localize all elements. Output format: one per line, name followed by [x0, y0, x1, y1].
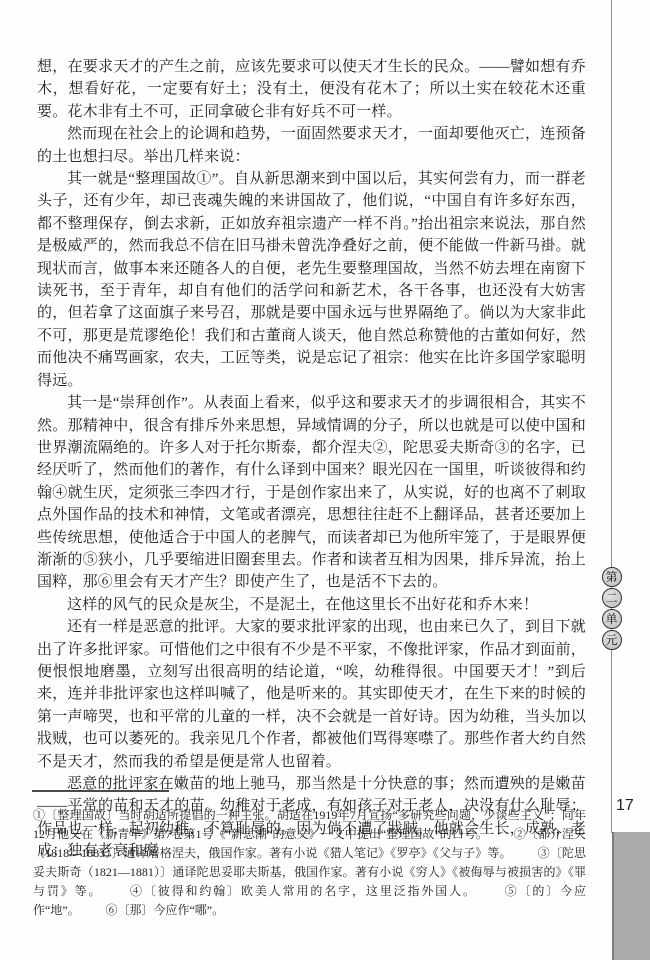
unit-badge-char: 二 [605, 592, 617, 604]
unit-badge-char: 第 [605, 571, 617, 583]
essay-paragraph: 还有一样是恶意的批评。大家的要求批评家的出现，也由来已久了，到目下就出了许多批评… [37, 616, 586, 773]
page-edge-shading-bar [612, 832, 650, 960]
footnotes-block: ①〔整理国故〕当时胡适所提倡的一种主张。胡适在1919年7月宣扬“多研究些问题，… [33, 806, 586, 920]
unit-badge-circle: 二 [602, 588, 622, 608]
essay-paragraph: 想，在要求天才的产生之前，应该先要求可以使天才生长的民众。——譬如想有乔木，想看… [37, 56, 586, 123]
essay-paragraph: 其一是“崇拜创作”。从表面上看来，似乎这和要求天才的步调很相合，其实不然。那精神… [37, 392, 586, 594]
unit-label: 第 二 单 元 [601, 567, 622, 651]
footnote-entry: ⑥〔那〕今应作“哪”。 [105, 903, 224, 917]
essay-paragraph: 其一就是“整理国故①”。自从新思潮来到中国以后，其实何尝有力，而一群老头子，还有… [37, 168, 586, 392]
unit-badge-circle: 单 [602, 609, 622, 629]
essay-body: 想，在要求天才的产生之前，应该先要求可以使天才生长的民众。——譬如想有乔木，想看… [37, 56, 586, 863]
footnote-separator-line [32, 790, 169, 792]
unit-badge-circle: 第 [602, 567, 622, 587]
unit-badge-circle: 元 [602, 630, 622, 650]
footnote-entry: ①〔整理国故〕当时胡适所提倡的一种主张。胡适在1919年7月宣扬“多研究些问题，… [33, 808, 586, 841]
page-edge-rule [611, 0, 612, 833]
unit-badge-char: 单 [605, 613, 617, 625]
footnote-entry: ④〔彼得和约翰〕欧美人常用的名字，这里泛指外国人。 [130, 884, 477, 898]
unit-badge-char: 元 [605, 634, 617, 646]
page-number: 17 [616, 797, 634, 815]
textbook-page: 想，在要求天才的产生之前，应该先要求可以使天才生长的民众。——譬如想有乔木，想看… [0, 0, 650, 960]
essay-paragraph: 然而现在社会上的论调和趋势，一面固然要求天才，一面却要他灭亡，连预备的土也想扫尽… [37, 123, 586, 168]
essay-paragraph: 这样的风气的民众是灰尘，不是泥土，在他这里长不出好花和乔木来！ [37, 594, 586, 616]
